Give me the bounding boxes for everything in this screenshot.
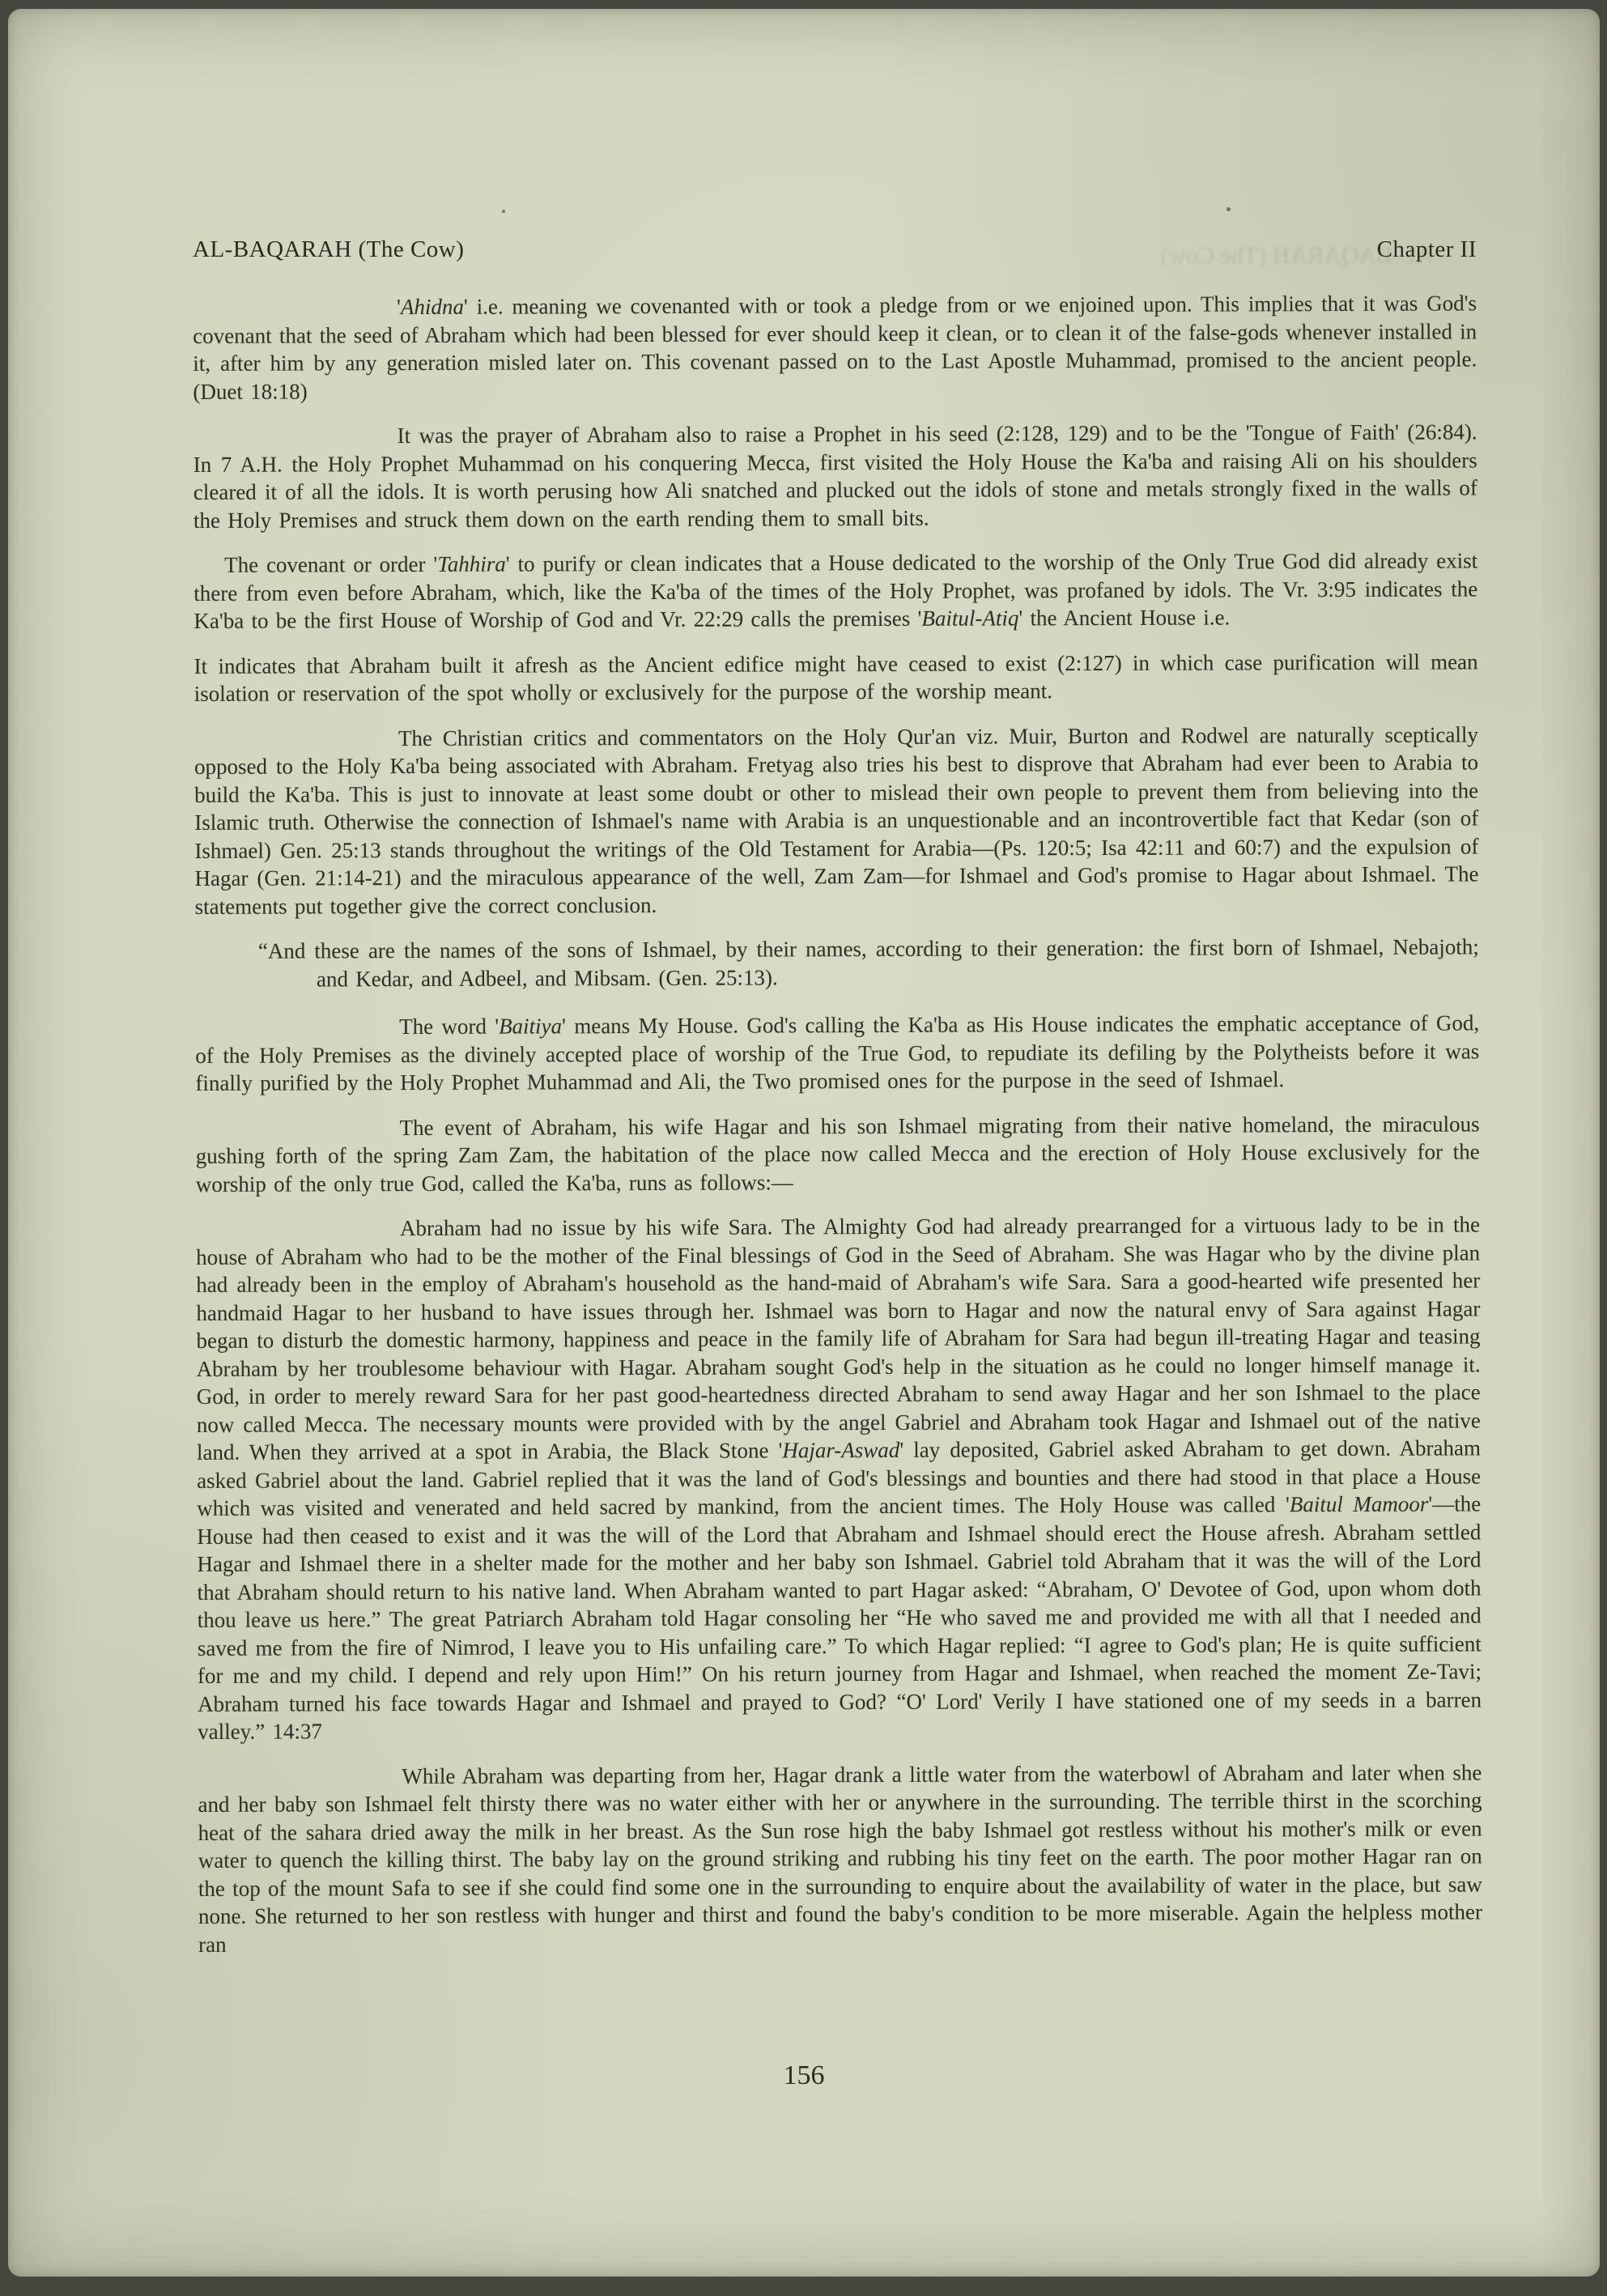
paragraph: The word 'Baitiya' means My House. God's… <box>195 1009 1479 1097</box>
bleed-through-text: AL-BAQARAH (The Cow) <box>915 242 1433 270</box>
paragraph: Abraham had no issue by his wife Sara. T… <box>196 1210 1482 1745</box>
paragraph: While Abraham was departing from her, Ha… <box>198 1758 1482 1958</box>
scripture-quote: “And these are the names of the sons of … <box>195 933 1479 993</box>
page-number: 156 <box>8 2060 1600 2091</box>
page-header-title: AL-BAQARAH (The Cow) <box>193 236 464 263</box>
paragraph: The Christian critics and commentators o… <box>194 721 1479 921</box>
paragraph: It indicates that Abraham built it afres… <box>194 648 1478 708</box>
dust-speck <box>502 210 505 213</box>
paragraph: The covenant or order 'Tahhira' to purif… <box>193 546 1477 635</box>
page-body: 'Ahidna' i.e. meaning we covenanted with… <box>193 289 1482 1975</box>
dust-speck <box>1227 207 1231 211</box>
paragraph: It was the prayer of Abraham also to rai… <box>193 418 1477 534</box>
book-page: AL-BAQARAH (The Cow) Chapter II AL-BAQAR… <box>8 9 1600 2277</box>
paragraph: 'Ahidna' i.e. meaning we covenanted with… <box>193 289 1477 406</box>
paragraph: The event of Abraham, his wife Hagar and… <box>196 1110 1480 1198</box>
